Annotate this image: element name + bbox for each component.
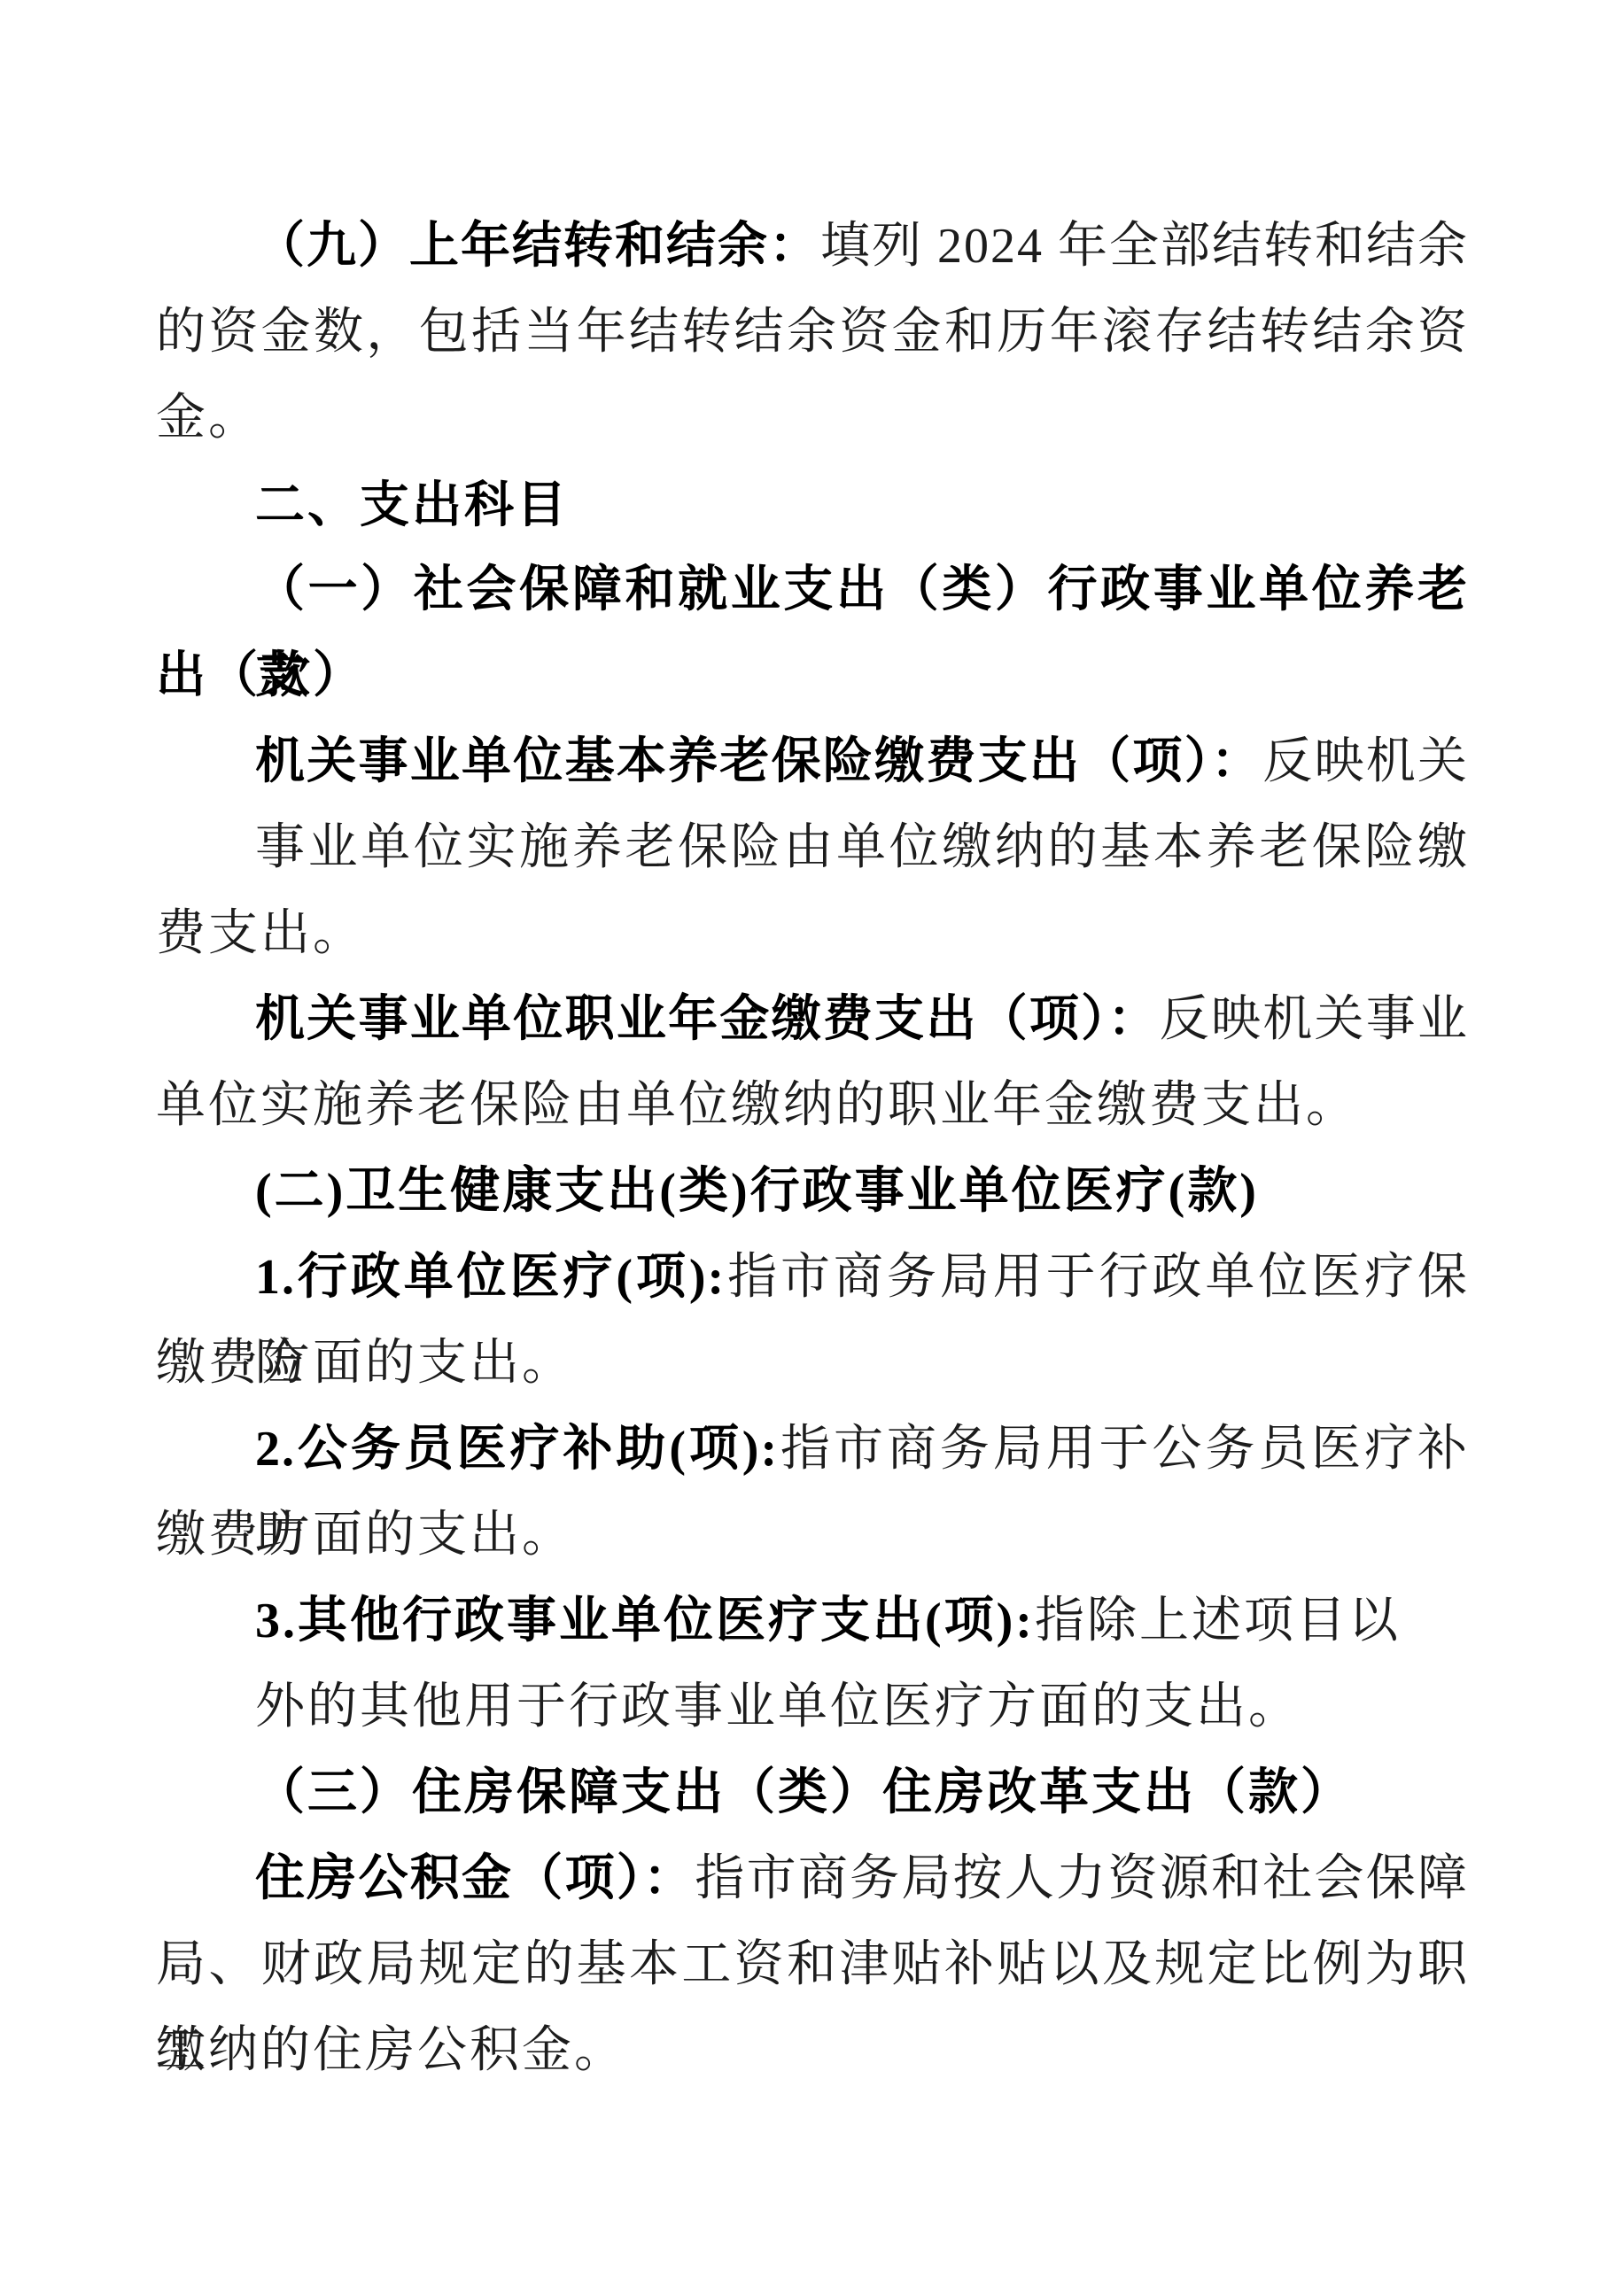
text-segment-bold: 住房公积金（项）： — [255, 1851, 695, 1906]
document-body: （九）上年结转和结余：填列 2024 年全部结转和结余的资金数，包括当年结转结余… — [156, 204, 1469, 2094]
text-segment: 缴费方面的支出。 — [156, 1336, 574, 1391]
para-basic-pension-contribution: 机关事业单位基本养老保险缴费支出（项）：反映机关事业单位实施养老保险由单位缴纳的… — [156, 719, 1469, 977]
text-segment: 费支出。 — [156, 906, 365, 961]
text-line: 缴费方面的支出。 — [156, 1493, 1469, 1578]
text-segment-bold: 二、支出科目 — [255, 477, 569, 532]
text-line: 1.行政单位医疗(项):指市商务局用于行政单位医疗保险 — [156, 1235, 1469, 1321]
text-line: (二)卫生健康支出(类)行政事业单位医疗(款) — [156, 1149, 1469, 1235]
text-line: 的资金数，包括当年结转结余资金和历年滚存结转结余资 — [156, 290, 1469, 376]
text-line: 缴纳的住房公积金。 — [156, 2008, 1469, 2094]
text-segment: 反映机关 — [1262, 734, 1469, 789]
text-segment: 指市商务局按人力资源和社会保障 — [695, 1851, 1469, 1906]
para-prior-year-carryover: （九）上年结转和结余：填列 2024 年全部结转和结余的资金数，包括当年结转结余… — [156, 204, 1469, 462]
heading-expenditure-subjects: 二、支出科目 — [156, 462, 1469, 547]
heading-health-expenditure: (二)卫生健康支出(类)行政事业单位医疗(款) — [156, 1149, 1469, 1235]
para-civil-servant-medical-subsidy: 2.公务员医疗补助(项):指市商务局用于公务员医疗补助缴费方面的支出。 — [156, 1407, 1469, 1578]
text-segment: 单位实施养老保险由单位缴纳的职业年金缴费支出。 — [156, 1078, 1358, 1133]
text-line: 事业单位实施养老保险由单位缴纳的基本养老保险缴 — [156, 805, 1469, 891]
text-line: 单位实施养老保险由单位缴纳的职业年金缴费支出。 — [156, 1063, 1469, 1149]
text-segment-bold: 出（款） — [156, 648, 365, 703]
text-segment-bold: 1.行政单位医疗(项): — [255, 1250, 726, 1305]
text-segment: 缴纳的住房公积金。 — [156, 2023, 626, 2078]
para-occupational-annuity-contribution: 机关事业单位职业年金缴费支出（项）：反映机关事业单位实施养老保险由单位缴纳的职业… — [156, 977, 1469, 1149]
text-line: 2.公务员医疗补助(项):指市商务局用于公务员医疗补助 — [156, 1407, 1469, 1493]
text-segment: 指除上述项目以 — [1035, 1594, 1401, 1648]
heading-housing-security: （三）住房保障支出（类）住房改革支出（款） — [156, 1750, 1469, 1836]
text-segment-bold: 机关事业单位基本养老保险缴费支出（项）： — [255, 734, 1262, 789]
text-line: 二、支出科目 — [156, 462, 1469, 547]
text-segment-bold: 2.公务员医疗补助(项): — [255, 1422, 779, 1477]
text-segment: 金。 — [156, 391, 260, 446]
text-line: 3.其他行政事业单位医疗支出(项):指除上述项目以 — [156, 1578, 1469, 1664]
text-line: 金。 — [156, 376, 1469, 462]
text-line: 机关事业单位基本养老保险缴费支出（项）：反映机关 — [156, 719, 1469, 805]
text-line: 机关事业单位职业年金缴费支出（项）：反映机关事业 — [156, 977, 1469, 1063]
text-segment: 反映机关事业 — [1160, 992, 1469, 1047]
para-housing-fund: 住房公积金（项）：指市商务局按人力资源和社会保障局、财政局规定的基本工资和津贴补… — [156, 1836, 1469, 2094]
para-other-admin-medical: 3.其他行政事业单位医疗支出(项):指除上述项目以外的其他用于行政事业单位医疗方… — [156, 1578, 1469, 1750]
text-segment: 事业单位实施养老保险由单位缴纳的基本养老保险缴 — [255, 820, 1469, 875]
text-segment-bold: (二)卫生健康支出(类)行政事业单位医疗(款) — [255, 1164, 1259, 1219]
text-segment-bold: （九）上年结转和结余： — [255, 219, 820, 274]
text-segment: 外的其他用于行政事业单位医疗方面的支出。 — [255, 1679, 1301, 1734]
text-segment: 缴费方面的支出。 — [156, 1508, 574, 1563]
text-line: 住房公积金（项）：指市商务局按人力资源和社会保障 — [156, 1836, 1469, 1922]
text-segment: 填列 2024 年全部结转和结余 — [820, 219, 1469, 274]
text-line: （九）上年结转和结余：填列 2024 年全部结转和结余 — [156, 204, 1469, 290]
document-page: （九）上年结转和结余：填列 2024 年全部结转和结余的资金数，包括当年结转结余… — [0, 0, 1623, 2296]
text-line: 费支出。 — [156, 891, 1469, 977]
para-admin-unit-medical: 1.行政单位医疗(项):指市商务局用于行政单位医疗保险缴费方面的支出。 — [156, 1235, 1469, 1407]
text-segment-bold: （三）住房保障支出（类）住房改革支出（款） — [255, 1765, 1353, 1820]
para-social-security-employment: （一）社会保障和就业支出（类）行政事业单位养老支出（款） — [156, 547, 1469, 719]
text-line: 外的其他用于行政事业单位医疗方面的支出。 — [156, 1664, 1469, 1750]
text-line: 局、财政局规定的基本工资和津贴补贴以及规定比例为职工 — [156, 1922, 1469, 2008]
text-segment-bold: 3.其他行政事业单位医疗支出(项): — [255, 1594, 1035, 1648]
text-segment: 的资金数，包括当年结转结余资金和历年滚存结转结余资 — [156, 305, 1469, 360]
text-line: 缴费方面的支出。 — [156, 1321, 1469, 1407]
text-segment-bold: 机关事业单位职业年金缴费支出（项）： — [255, 992, 1160, 1047]
text-line: （一）社会保障和就业支出（类）行政事业单位养老支 — [156, 547, 1469, 633]
text-line: （三）住房保障支出（类）住房改革支出（款） — [156, 1750, 1469, 1836]
text-line: 出（款） — [156, 633, 1469, 719]
